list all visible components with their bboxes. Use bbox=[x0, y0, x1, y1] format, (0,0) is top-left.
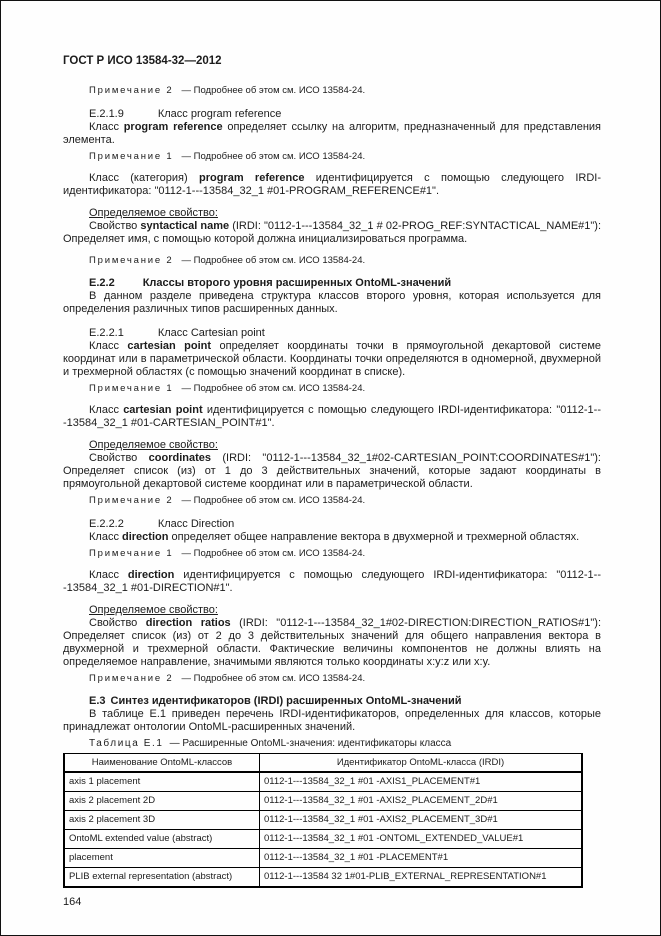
paragraph-program-reference-definition: Класс program reference определяет ссылк… bbox=[63, 121, 601, 147]
page-number: 164 bbox=[63, 896, 601, 908]
paragraph-text: Свойство bbox=[89, 220, 140, 232]
cell-irdi: 0112-1---13584_32_1 #01 -PLACEMENT#1 bbox=[260, 849, 583, 868]
bold-term: syntactical name bbox=[140, 220, 229, 232]
heading-e219: E.2.1.9Класс program reference bbox=[63, 108, 601, 121]
cell-class-name: axis 2 placement 2D bbox=[64, 792, 260, 811]
table-row: axis 2 placement 3D 0112-1---13584_32_1 … bbox=[64, 811, 582, 830]
heading-title: Класс Direction bbox=[158, 518, 234, 530]
cell-class-name: axis 1 placement bbox=[64, 772, 260, 792]
paragraph-e3-intro: В таблице Е.1 приведен перечень IRDI-иде… bbox=[63, 708, 601, 734]
paragraph-text: Свойство bbox=[89, 452, 149, 464]
document-standard-header: ГОСТ Р ИСО 13584-32—2012 bbox=[63, 55, 601, 67]
note-text: — Подробнее об этом см. ИСО 13584-24. bbox=[182, 383, 366, 394]
cell-irdi: 0112-1---13584_32_1 #01 -AXIS2_PLACEMENT… bbox=[260, 811, 583, 830]
table-row: axis 1 placement 0112-1---13584_32_1 #01… bbox=[64, 772, 582, 792]
heading-number: E.2.2 bbox=[89, 277, 115, 289]
defined-property-label-2: Определяемое свойство: bbox=[63, 439, 601, 452]
heading-title: Синтез идентификаторов (IRDI) расширенны… bbox=[111, 695, 462, 707]
bold-term: program reference bbox=[199, 172, 304, 184]
cell-irdi: 0112-1---13584 32 1#01-PLIB_EXTERNAL_REP… bbox=[260, 868, 583, 888]
note-label: Примечание 1 bbox=[89, 151, 174, 162]
paragraph-direction-ratios: Свойство direction ratios (IRDI: "0112-1… bbox=[63, 617, 601, 669]
paragraph-cartesian-point-irdi: Класс cartesian point идентифицируется с… bbox=[63, 404, 601, 430]
table-caption: Таблица Е.1— Расширенные OntoML-значения… bbox=[63, 738, 601, 750]
bold-term: direction bbox=[128, 569, 174, 581]
cell-irdi: 0112-1---13584_32_1 #01 -ONTOML_EXTENDED… bbox=[260, 830, 583, 849]
heading-number: E.2.1.9 bbox=[89, 108, 124, 120]
note-direction-2: Примечание 2— Подробнее об этом см. ИСО … bbox=[63, 673, 601, 685]
table-header-row: Наименование OntoML-классов Идентификато… bbox=[64, 754, 582, 773]
table-caption-text: — Расширенные OntoML-значения: идентифик… bbox=[170, 738, 452, 749]
bold-term: program reference bbox=[124, 121, 223, 133]
heading-title: Класс program reference bbox=[158, 108, 282, 120]
paragraph-text: Класс bbox=[89, 404, 123, 416]
heading-number: E.2.2.1 bbox=[89, 327, 124, 339]
heading-title: Классы второго уровня расширенных OntoML… bbox=[143, 277, 451, 289]
heading-number: E.3 bbox=[89, 695, 106, 707]
note-text: — Подробнее об этом см. ИСО 13584-24. bbox=[182, 548, 366, 559]
paragraph-text: В данном разделе приведена структура кла… bbox=[63, 290, 601, 315]
note-label: Примечание 2 bbox=[89, 673, 174, 684]
table-row: PLIB external representation (abstract) … bbox=[64, 868, 582, 888]
note-cartesian-1: Примечание 1— Подробнее об этом см. ИСО … bbox=[63, 383, 601, 395]
cell-class-name: OntoML extended value (abstract) bbox=[64, 830, 260, 849]
bold-term: direction bbox=[122, 531, 168, 543]
note-text: — Подробнее об этом см. ИСО 13584-24. bbox=[182, 673, 366, 684]
paragraph-text: Класс (категория) bbox=[89, 172, 199, 184]
cell-class-name: placement bbox=[64, 849, 260, 868]
paragraph-cartesian-point-definition: Класс cartesian point определяет координ… bbox=[63, 340, 601, 379]
note-program-reference-2: Примечание 2— Подробнее об этом см. ИСО … bbox=[63, 255, 601, 267]
bold-term: cartesian point bbox=[127, 340, 211, 352]
cell-irdi: 0112-1---13584_32_1 #01 -AXIS1_PLACEMENT… bbox=[260, 772, 583, 792]
note-intro: Примечание 2— Подробнее об этом см. ИСО … bbox=[63, 85, 601, 97]
note-cartesian-2: Примечание 2— Подробнее об этом см. ИСО … bbox=[63, 495, 601, 507]
paragraph-text: Свойство bbox=[89, 617, 146, 629]
table-row: placement 0112-1---13584_32_1 #01 -PLACE… bbox=[64, 849, 582, 868]
paragraph-coordinates: Свойство coordinates (IRDI: "0112-1---13… bbox=[63, 452, 601, 491]
paragraph-text: Класс bbox=[89, 531, 122, 543]
heading-title: Класс Cartesian point bbox=[158, 327, 265, 339]
heading-number: E.2.2.2 bbox=[89, 518, 124, 530]
cell-irdi: 0112-1---13584_32_1 #01 -AXIS2_PLACEMENT… bbox=[260, 792, 583, 811]
paragraph-text: определяет общее направление вектора в д… bbox=[168, 531, 579, 543]
paragraph-program-reference-irdi: Класс (категория) program reference иден… bbox=[63, 172, 601, 198]
column-header-irdi: Идентификатор OntoML-класса (IRDI) bbox=[260, 754, 583, 773]
column-header-class-name: Наименование OntoML-классов bbox=[64, 754, 260, 773]
note-program-reference-1: Примечание 1— Подробнее об этом см. ИСО … bbox=[63, 151, 601, 163]
paragraph-text: Класс bbox=[89, 340, 127, 352]
note-direction-1: Примечание 1— Подробнее об этом см. ИСО … bbox=[63, 548, 601, 560]
note-label: Примечание 2 bbox=[89, 85, 174, 96]
table-caption-label: Таблица Е.1 bbox=[89, 738, 164, 749]
bold-term: coordinates bbox=[149, 452, 211, 464]
cell-class-name: axis 2 placement 3D bbox=[64, 811, 260, 830]
paragraph-e22-intro: В данном разделе приведена структура кла… bbox=[63, 290, 601, 316]
note-label: Примечание 2 bbox=[89, 495, 174, 506]
note-text: — Подробнее об этом см. ИСО 13584-24. bbox=[182, 151, 366, 162]
note-text: — Подробнее об этом см. ИСО 13584-24. bbox=[182, 85, 366, 96]
heading-e222: E.2.2.2Класс Direction bbox=[63, 518, 601, 531]
cell-class-name: PLIB external representation (abstract) bbox=[64, 868, 260, 888]
note-label: Примечание 2 bbox=[89, 255, 174, 266]
defined-property-label-3: Определяемое свойство: bbox=[63, 604, 601, 617]
paragraph-direction-irdi: Класс direction идентифицируется с помощ… bbox=[63, 569, 601, 595]
note-label: Примечание 1 bbox=[89, 548, 174, 559]
paragraph-text: Класс bbox=[89, 121, 124, 133]
heading-e22: E.2.2Классы второго уровня расширенных O… bbox=[63, 277, 601, 290]
paragraph-syntactical-name: Свойство syntactical name (IRDI: "0112-1… bbox=[63, 220, 601, 246]
irdi-identifiers-table: Наименование OntoML-классов Идентификато… bbox=[63, 753, 583, 888]
note-label: Примечание 1 bbox=[89, 383, 174, 394]
table-row: OntoML extended value (abstract) 0112-1-… bbox=[64, 830, 582, 849]
note-text: — Подробнее об этом см. ИСО 13584-24. bbox=[182, 495, 366, 506]
paragraph-direction-definition: Класс direction определяет общее направл… bbox=[63, 531, 601, 544]
bold-term: cartesian point bbox=[123, 404, 202, 416]
heading-e3: E.3Синтез идентификаторов (IRDI) расшире… bbox=[63, 695, 601, 708]
heading-e221: E.2.2.1Класс Cartesian point bbox=[63, 327, 601, 340]
note-text: — Подробнее об этом см. ИСО 13584-24. bbox=[182, 255, 366, 266]
bold-term: direction ratios bbox=[146, 617, 231, 629]
paragraph-text: Класс bbox=[89, 569, 128, 581]
defined-property-label-1: Определяемое свойство: bbox=[63, 207, 601, 220]
paragraph-text: В таблице Е.1 приведен перечень IRDI-иде… bbox=[63, 708, 601, 733]
document-page: ГОСТ Р ИСО 13584-32—2012 Примечание 2— П… bbox=[0, 0, 661, 936]
table-row: axis 2 placement 2D 0112-1---13584_32_1 … bbox=[64, 792, 582, 811]
